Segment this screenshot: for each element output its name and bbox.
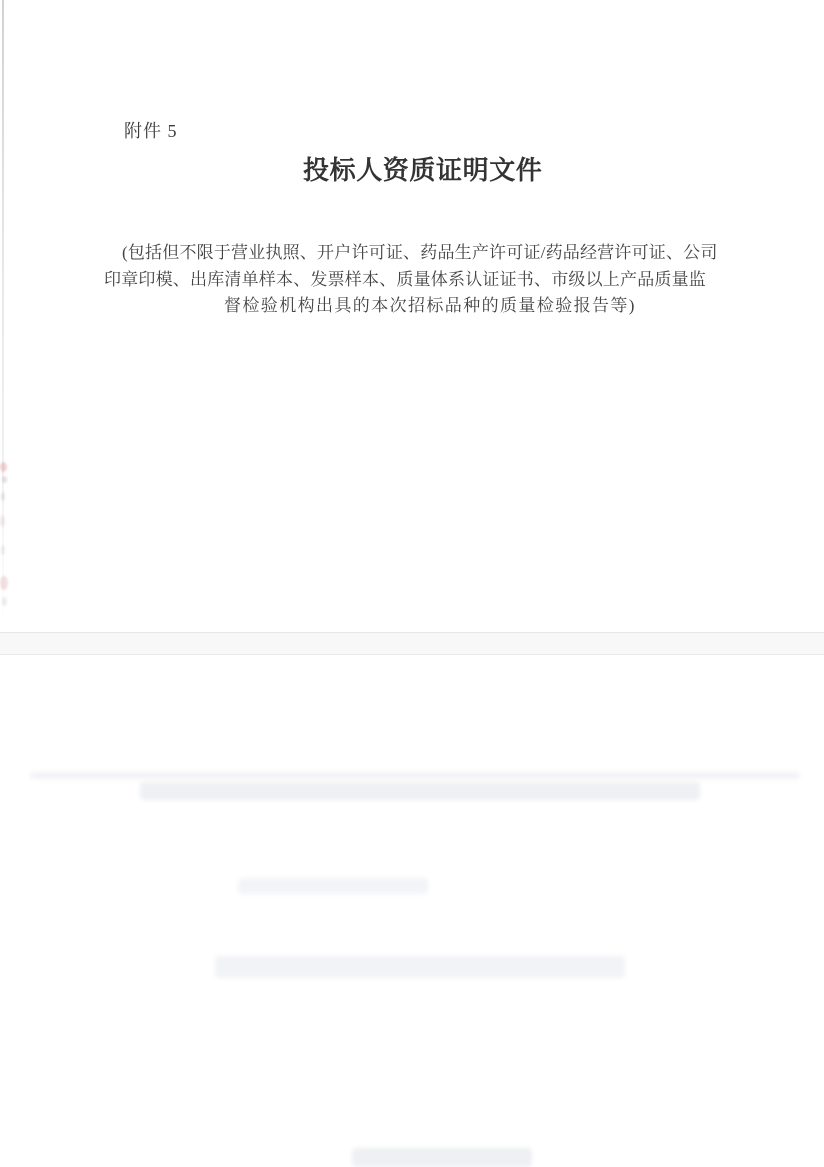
bleed-through-artifact xyxy=(30,772,800,779)
qualification-note-line-2: 印章印模、出库清单样本、发票样本、质量体系认证证书、市级以上产品质量监 xyxy=(104,265,706,290)
document-page: 附件 5 投标人资质证明文件 (包括但不限于营业执照、开户许可证、药品生产许可证… xyxy=(0,0,824,1167)
stamp-bleed-mark xyxy=(2,476,7,483)
stamp-bleed-mark xyxy=(1,545,5,555)
stamp-bleed-mark xyxy=(1,492,5,501)
stamp-bleed-mark xyxy=(0,515,5,527)
qualification-note-line-3: 督检验机构出具的本次招标品种的质量检验报告等) xyxy=(224,291,636,316)
stamp-bleed-mark xyxy=(2,597,7,606)
scan-fold-band xyxy=(0,632,824,655)
stamp-bleed-mark xyxy=(0,462,7,472)
scan-edge-line xyxy=(2,0,4,630)
qualification-note-line-1: (包括但不限于营业执照、开户许可证、药品生产许可证/药品经营许可证、公司 xyxy=(122,238,718,263)
bleed-through-artifact xyxy=(140,782,700,800)
bleed-through-artifact xyxy=(215,956,625,978)
stamp-bleed-mark xyxy=(0,576,8,590)
attachment-label: 附件 5 xyxy=(124,117,178,143)
bleed-through-artifact xyxy=(238,878,428,894)
document-title: 投标人资质证明文件 xyxy=(303,150,542,187)
bleed-through-artifact xyxy=(352,1148,532,1167)
